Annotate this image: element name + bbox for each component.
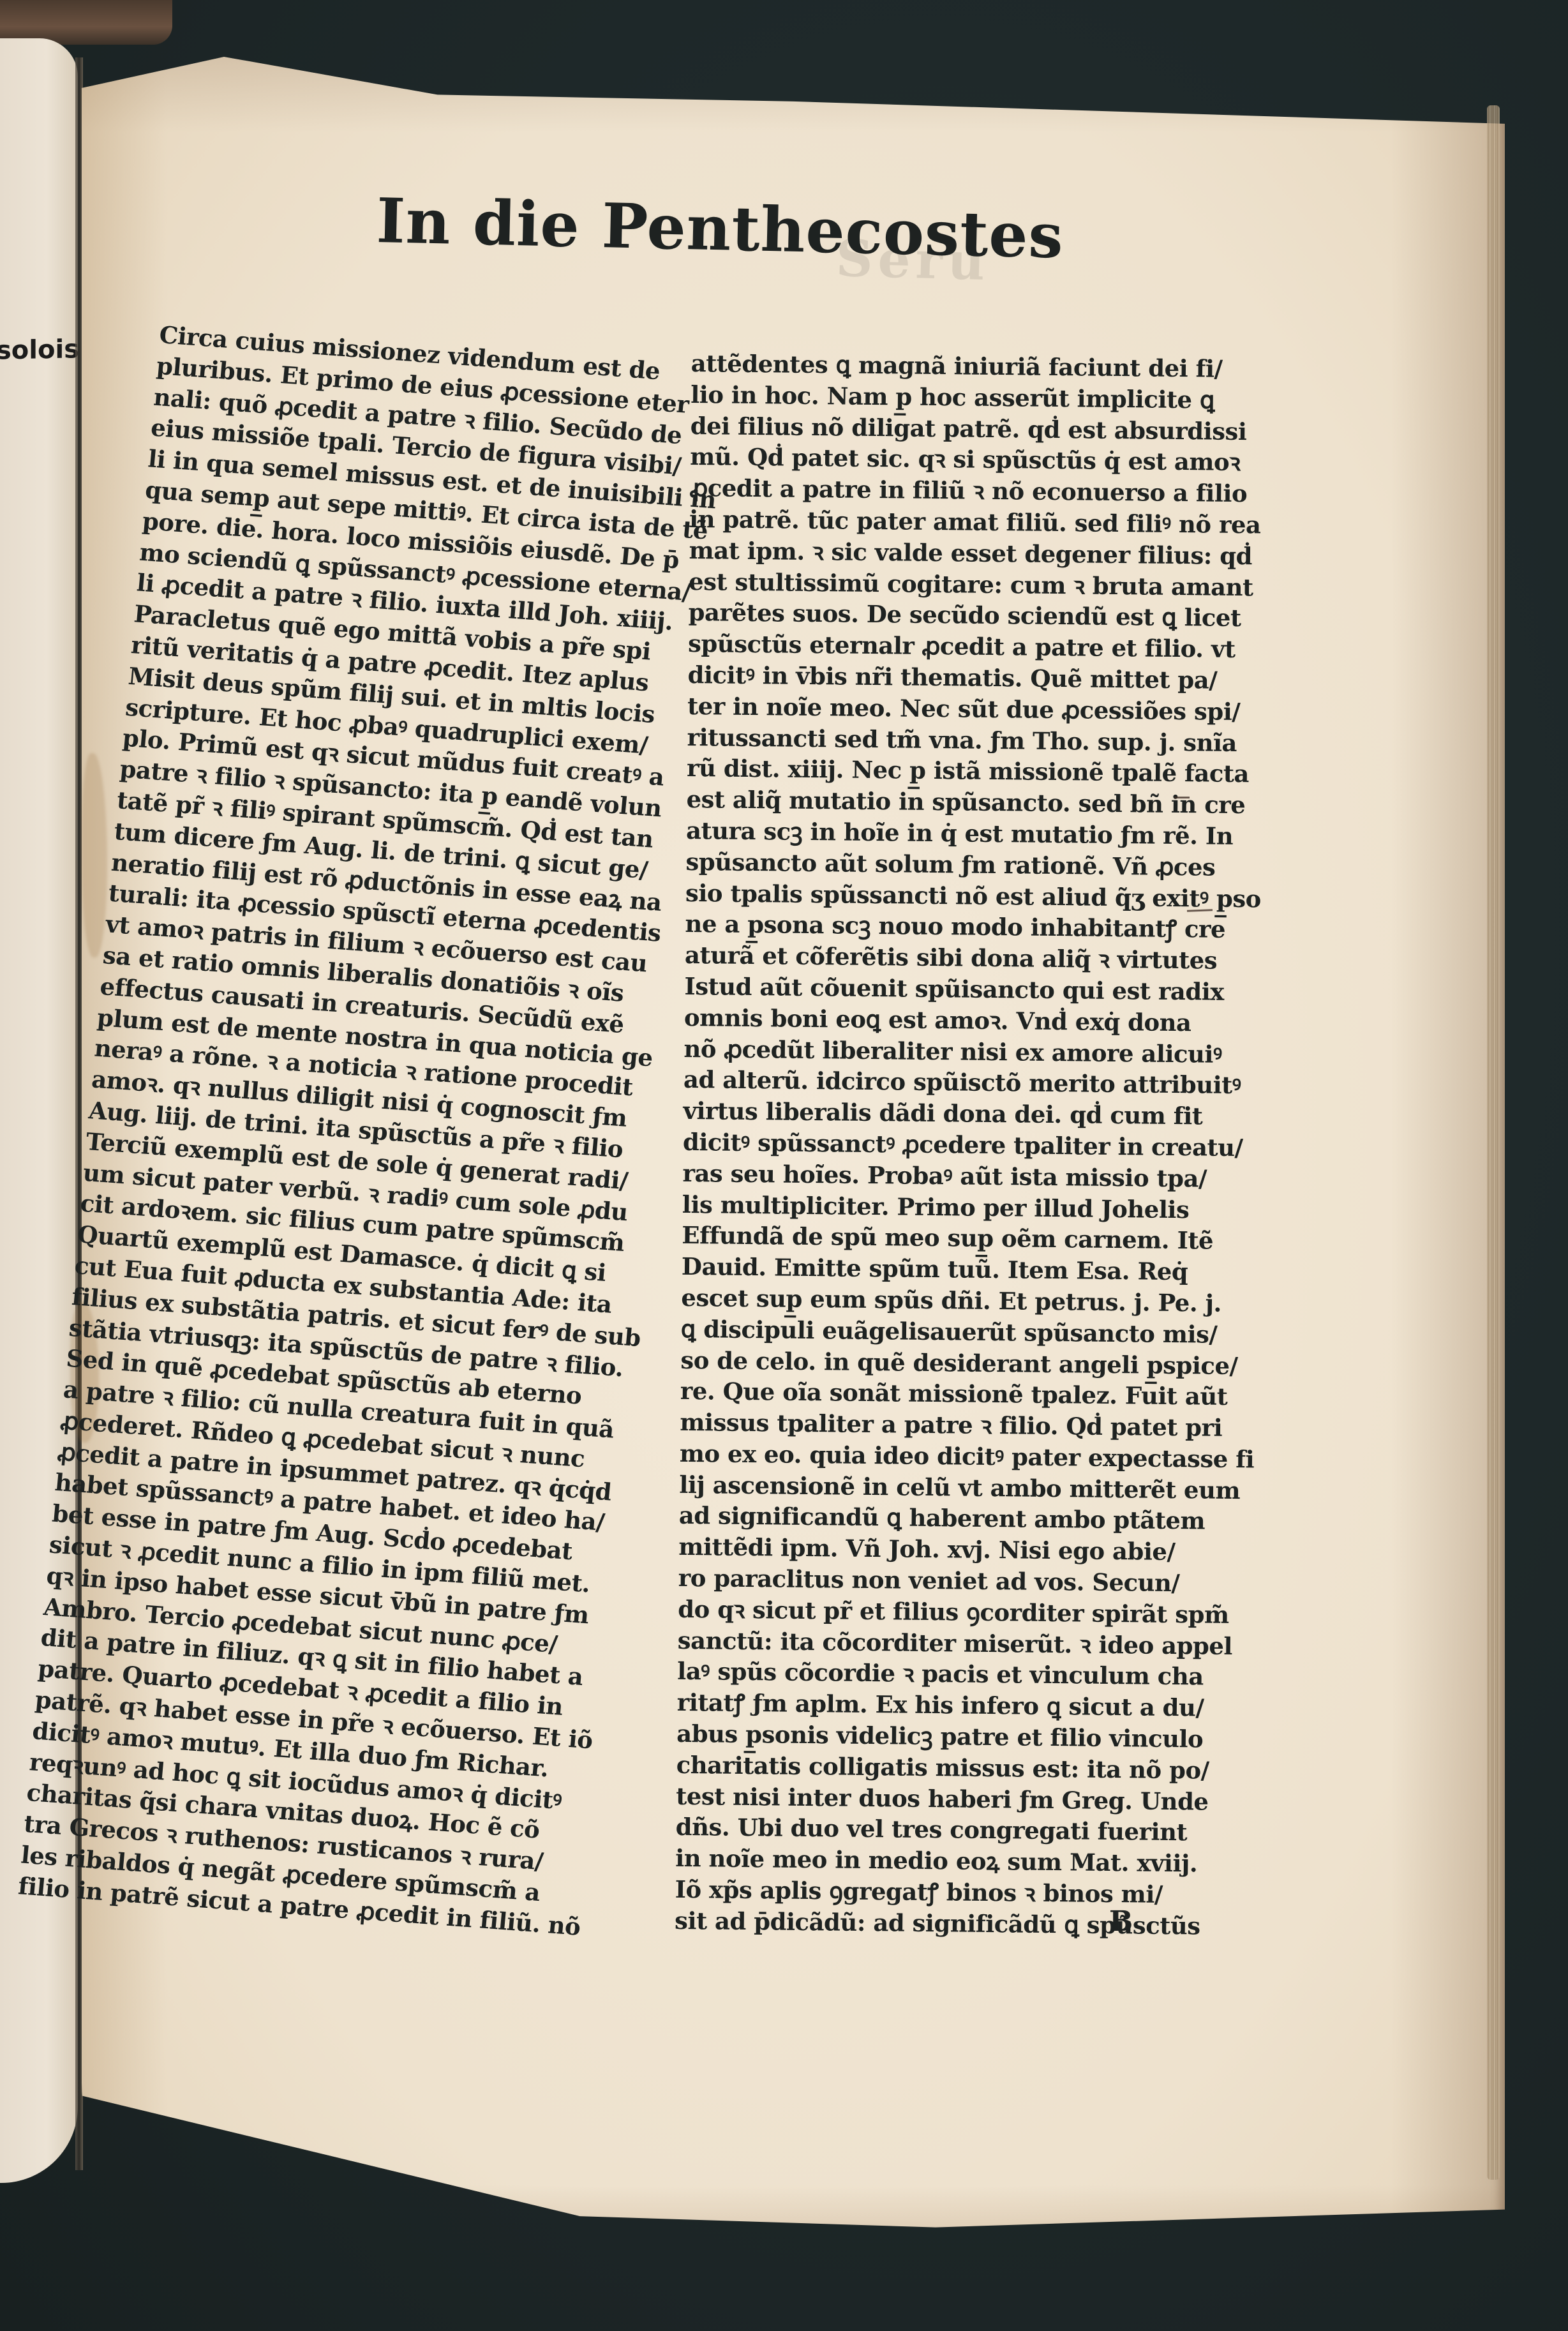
- margin-mark: [1174, 797, 1190, 798]
- text-line: omnis boni eoꝗ est amoꝛ. Vnḋ exq̇ dona: [684, 1002, 1182, 1038]
- facing-line-ending: lo: [29, 335, 55, 365]
- text-line: in patrẽ. tũc pater amat filiũ. sed fili…: [689, 504, 1187, 540]
- text-line: est stultissimũ cogitare: cum ꝛ bruta am…: [689, 566, 1186, 603]
- facing-line-ending: is: [56, 334, 78, 364]
- text-line: virtus liberalis dãdi dona dei. qḋ cum f…: [683, 1095, 1181, 1132]
- text-line: spũsctũs eternalr ꝓcedit a patre et fili…: [688, 628, 1186, 664]
- text-line: so de celo. in quẽ desiderant angeli p̲s…: [680, 1344, 1178, 1381]
- text-column-right: attẽdentes ꝗ magnã iniuriã faciunt dei f…: [675, 348, 1189, 1942]
- text-line: mittẽdi ipm. Vñ Joh. xvj. Nisi ego abie/: [678, 1531, 1176, 1568]
- text-line: ad alterũ. idcirco spũisctõ merito attri…: [683, 1064, 1181, 1100]
- running-heading: In die Penthecostes: [376, 190, 1064, 267]
- text-line: lis multipliciter. Primo per illud Johel…: [682, 1188, 1180, 1225]
- text-line: sio tpalis spũssancti nõ est aliud q̃ʒ e…: [685, 878, 1183, 914]
- text-line: mat ipm. ꝛ sic valde esset degener filiu…: [689, 535, 1186, 571]
- text-line: mũ. Qḋ patet sic. qꝛ si spũsctũs q̇ est …: [690, 441, 1188, 477]
- text-line: parẽtes suos. De secũdo sciendũ est ꝗ li…: [688, 597, 1186, 633]
- text-line: do qꝛ sicut pr̃ et filius ꝯcorditer spir…: [678, 1594, 1176, 1630]
- text-line: sanctũ: ita cõcorditer miserũt. ꝛ ideo a…: [678, 1625, 1176, 1661]
- text-line: test nisi inter duos haberi ƒm Greg. Und…: [676, 1781, 1174, 1817]
- facing-line-ending: so: [0, 336, 29, 366]
- page-stack-edge: [1487, 105, 1500, 2180]
- text-line: ad significandũ ꝗ haberent ambo ptãtem: [679, 1500, 1177, 1536]
- text-line: mo ex eo. quia ideo dicitꝰ pater expecta…: [680, 1438, 1177, 1474]
- text-line: est aliq̃ mutatio in spũsancto. sed bñ i…: [686, 784, 1184, 820]
- text-line: dicitꝰ in v̄bis nr̃i thematis. Quẽ mitte…: [687, 659, 1185, 696]
- text-line: nõ ꝓcedũt liberaliter nisi ex amore alic…: [683, 1033, 1181, 1069]
- signature-mark: B: [1109, 1905, 1133, 1938]
- text-line: dei filius nõ diligat patrẽ. qḋ est absu…: [690, 410, 1188, 447]
- text-line: dñs. Ubi duo vel tres congregati fuerint: [675, 1811, 1173, 1848]
- text-line: ras seu hoĩes. Probaꝰ aũt ista missio tp…: [682, 1158, 1180, 1194]
- text-line: aturã et cõferẽtis sibi dona aliq̃ ꝛ vir…: [685, 940, 1183, 976]
- text-line: ro paraclitus non veniet ad vos. Secun/: [678, 1563, 1176, 1599]
- text-line: lio in hoc. Nam p̲ hoc asserũt implicite…: [691, 379, 1188, 416]
- facing-page-line-endings: soloistãn/zagdr/galoo/ti:isdaptoitisseos…: [0, 334, 34, 366]
- text-line: charitatis colligatis missus est: ita nõ…: [676, 1750, 1174, 1786]
- text-line: re. Que oĩa sonãt missionẽ tpalez. Fuit …: [680, 1375, 1178, 1412]
- text-line: rũ dist. xiiij. Nec p̲ istã missionẽ tpa…: [687, 753, 1184, 789]
- text-line: abus p̲sonis videlicꝫ patre et filio vin…: [676, 1718, 1174, 1755]
- text-line: sit ad p̄dicãdũ: ad significãdũ ꝗ spũsct…: [675, 1905, 1172, 1942]
- text-line: ritatꝭ ƒm aplm. Ex his infero ꝗ sicut a …: [677, 1687, 1175, 1723]
- text-line: lij ascensionẽ in celũ vt ambo mitterẽt …: [679, 1469, 1177, 1506]
- text-line: ritussancti sed tm̃ vna. ƒm Tho. sup. j.…: [687, 722, 1184, 758]
- text-line: in noĩe meo in medio eoꝝ sum Mat. xviij.: [675, 1843, 1173, 1879]
- text-line: missus tpaliter a patre ꝛ filio. Qḋ pate…: [680, 1407, 1177, 1443]
- text-line: escet sup̲ eum spũs dñi. Et petrus. j. P…: [681, 1282, 1179, 1319]
- text-line: attẽdentes ꝗ magnã iniuriã faciunt dei f…: [691, 348, 1188, 384]
- text-line: ꝓcedit a patre in filiũ ꝛ nõ econuerso a…: [689, 472, 1187, 509]
- text-line: spũsancto aũt solum ƒm rationẽ. Vñ ꝓces: [685, 846, 1183, 883]
- text-line: ter in noĩe meo. Nec sũt due ꝓcessiões s…: [687, 691, 1185, 727]
- text-line: laꝰ spũs cõcordie ꝛ pacis et vinculum ch…: [677, 1656, 1175, 1692]
- text-line: atura scꝫ in hoĩe in q̇ est mutatio ƒm r…: [686, 815, 1184, 851]
- text-line: Dauid. Emitte spũm tuũ. Item Esa. Req̇: [682, 1251, 1179, 1287]
- text-line: ne a p̲sona scꝫ nouo modo inhabitantꝭ cr…: [685, 908, 1183, 945]
- text-line: Iõ xp̃s aplis ꝯgregatꝭ binos ꝛ binos mi/: [675, 1874, 1172, 1910]
- text-line: Istud aũt cõuenit spũisancto qui est rad…: [684, 971, 1182, 1007]
- text-line: dicitꝰ spũssanctꝰ ꝓcedere tpaliter in cr…: [683, 1127, 1181, 1163]
- text-line: Effundã de spũ meo sup̲ oẽm carnem. Itẽ: [682, 1220, 1179, 1256]
- text-line: ꝗ discipuli euãgelisauerũt spũsancto mis…: [681, 1314, 1179, 1350]
